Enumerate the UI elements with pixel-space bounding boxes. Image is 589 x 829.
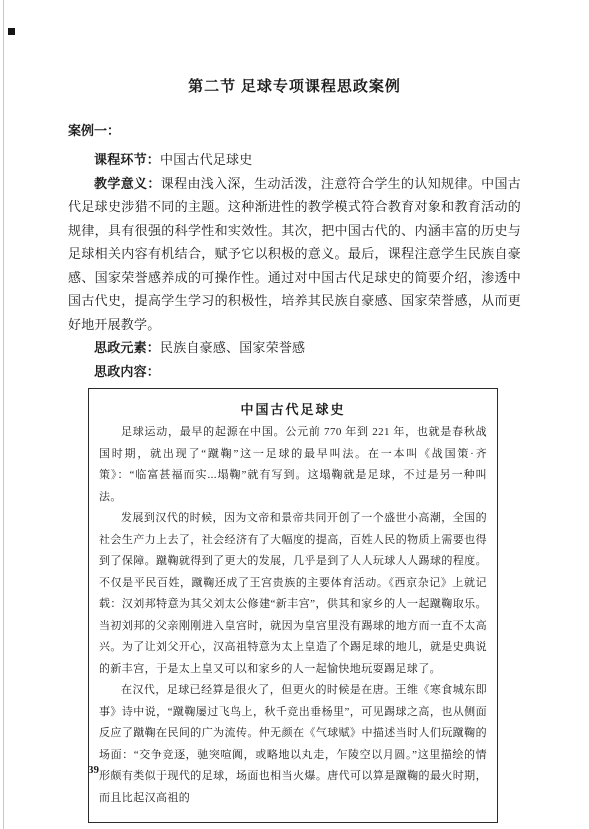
field-ideology-elements-label: 思政元素： — [94, 340, 160, 355]
field-ideology-elements-value: 民族自豪感、国家荣誉感 — [160, 340, 305, 355]
section-title: 第二节 足球专项课程思政案例 — [68, 78, 521, 96]
field-ideology-content-label: 思政内容： — [94, 364, 160, 379]
field-teaching-meaning-value: 课程由浅入深，生动活泼，注意符合学生的认知规律。中国古代足球史涉猎不同的主题。这… — [68, 176, 521, 332]
field-course-stage-label: 课程环节： — [94, 152, 160, 167]
ideology-content-box: 中国古代足球史 足球运动，最早的起源在中国。公元前 770 年到 221 年，也… — [88, 388, 498, 823]
page-content: 第二节 足球专项课程思政案例 案例一： 课程环节：中国古代足球史 教学意义：课程… — [68, 78, 521, 823]
field-course-stage-value: 中国古代足球史 — [160, 152, 252, 167]
corner-mark — [8, 28, 15, 35]
field-teaching-meaning-label: 教学意义： — [94, 176, 161, 191]
field-ideology-content: 思政内容： — [68, 360, 521, 384]
field-ideology-elements: 思政元素：民族自豪感、国家荣誉感 — [68, 336, 521, 360]
document-page: 第二节 足球专项课程思政案例 案例一： 课程环节：中国古代足球史 教学意义：课程… — [0, 0, 589, 829]
content-box-paragraph-2: 发展到汉代的时候，因为文帝和景帝共同开创了一个盛世小高潮，全国的社会生产力上去了… — [99, 508, 487, 680]
field-course-stage: 课程环节：中国古代足球史 — [68, 148, 521, 172]
page-number: 39 — [88, 764, 99, 776]
page-edge-line — [3, 0, 4, 829]
case-label: 案例一： — [68, 122, 521, 140]
content-box-paragraph-1: 足球运动，最早的起源在中国。公元前 770 年到 221 年，也就是春秋战国时期… — [99, 422, 487, 508]
content-box-paragraph-3: 在汉代，足球已经算是很火了，但更火的时候是在唐。王维《寒食城东即事》诗中说，“蹴… — [99, 680, 487, 809]
content-box-title: 中国古代足球史 — [99, 398, 487, 422]
field-teaching-meaning: 教学意义：课程由浅入深，生动活泼，注意符合学生的认知规律。中国古代足球史涉猎不同… — [68, 172, 521, 337]
